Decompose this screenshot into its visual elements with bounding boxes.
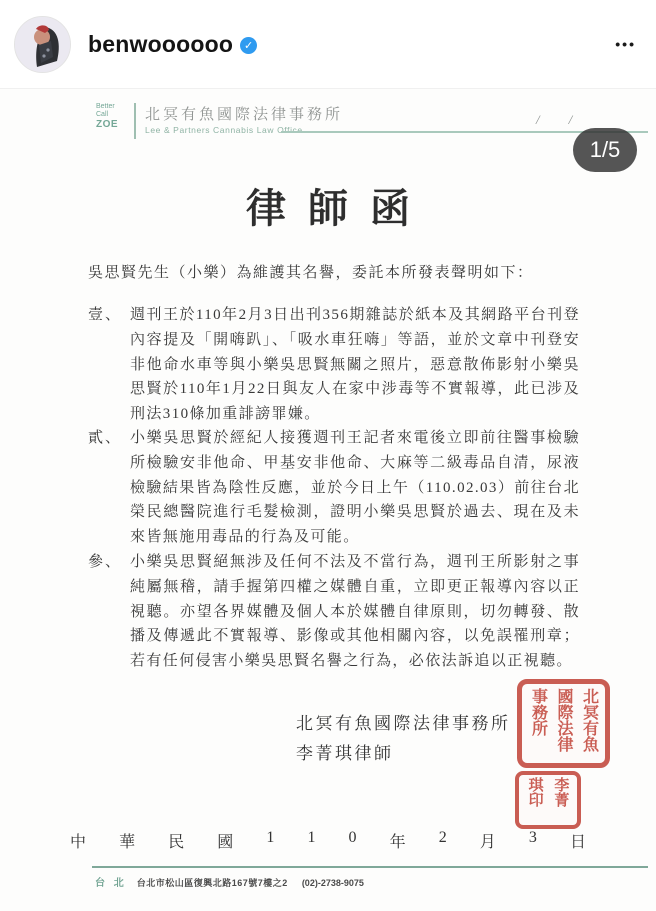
footer-address: 台北市松山區復興北路167號7樓之2	[137, 876, 288, 889]
date-char: 0	[349, 829, 357, 852]
more-options-icon[interactable]: •••	[615, 36, 636, 52]
verified-badge-icon: ✓	[240, 37, 257, 54]
paragraph-3-label: 參、	[88, 550, 130, 674]
avatar[interactable]	[14, 16, 71, 73]
date-char: 月	[480, 829, 496, 852]
avatar-image	[15, 17, 71, 73]
firm-seal-col-2: 國際法律	[552, 688, 575, 759]
logo-call: Call	[96, 111, 132, 119]
paragraph-2-label: 貳、	[88, 426, 130, 550]
firm-seal-col-3: 事務所	[527, 688, 550, 759]
paragraph-1: 壹、 週刊王於110年2月3日出刊356期雜誌於紙本及其網路平台刊登內容提及「開…	[88, 303, 580, 427]
paragraph-3: 參、 小樂吳思賢絕無涉及任何不法及不當行為，週刊王所影射之事純屬無稽，請手握第四…	[88, 550, 580, 674]
footer-divider	[92, 866, 648, 868]
firm-name-zh: 北冥有魚國際法律事務所	[145, 103, 343, 124]
carousel-counter-text: 1/5	[590, 137, 621, 163]
date-char: 民	[168, 829, 184, 852]
firm-seal-stamp: 北冥有魚 國際法律 事務所	[517, 679, 610, 768]
post-photo-carousel[interactable]: Better Call ZOE 北冥有魚國際法律事務所 Lee & Partne…	[0, 89, 656, 911]
firm-name-en: Lee & Partners Cannabis Law Office	[145, 125, 303, 135]
letterhead-divider	[134, 103, 136, 139]
document-date-line: 中 華 民 國 1 1 0 年 2 月 3 日	[70, 829, 586, 852]
username[interactable]: benwoooooo	[88, 31, 233, 58]
date-char: 年	[390, 829, 406, 852]
date-char: 華	[119, 829, 135, 852]
firm-seal-col-1: 北冥有魚	[578, 688, 601, 759]
paragraph-1-text: 週刊王於110年2月3日出刊356期雜誌於紙本及其網路平台刊登內容提及「開嗨趴」…	[130, 303, 580, 427]
date-char: 1	[307, 829, 315, 852]
date-char: 2	[439, 829, 447, 852]
lawyer-seal-col-1: 李菁	[550, 777, 571, 823]
logo-zoe: ZOE	[96, 119, 132, 131]
carousel-counter-badge: 1/5	[573, 128, 637, 172]
date-char: 中	[70, 829, 86, 852]
date-char: 1	[266, 829, 274, 852]
signature-firm: 北冥有魚國際法律事務所	[296, 709, 511, 734]
footer-city: 台 北	[95, 874, 127, 889]
post-header: benwoooooo ✓ •••	[0, 0, 656, 89]
footer: 台 北 台北市松山區復興北路167號7樓之2 (02)-2738-9075	[95, 874, 364, 889]
letterhead-date-slashes: / /	[536, 109, 573, 128]
logo-better: Better	[96, 103, 132, 111]
date-char: 3	[529, 829, 537, 852]
signature-lawyer: 李菁琪律師	[296, 739, 394, 764]
paragraph-1-label: 壹、	[88, 303, 130, 427]
footer-phone: (02)-2738-9075	[302, 878, 364, 888]
instagram-post: benwoooooo ✓ ••• Better Call ZOE 北冥有魚國際法…	[0, 0, 656, 911]
date-char: 日	[570, 829, 586, 852]
document-intro: 吳思賢先生（小樂）為維護其名譽，委託本所發表聲明如下：	[88, 261, 580, 282]
lawyer-seal-stamp: 李菁 琪印	[515, 771, 581, 829]
date-char: 國	[217, 829, 233, 852]
paragraph-2-text: 小樂吳思賢於經紀人接獲週刊王記者來電後立即前往醫事檢驗所檢驗安非他命、甲基安非他…	[130, 426, 580, 550]
lawyer-seal-col-2: 琪印	[525, 777, 546, 823]
document-title: 律師函	[0, 177, 656, 234]
firm-logo: Better Call ZOE	[96, 103, 132, 131]
paragraph-3-text: 小樂吳思賢絕無涉及任何不法及不當行為，週刊王所影射之事純屬無稽，請手握第四權之媒…	[130, 550, 580, 674]
paragraph-2: 貳、 小樂吳思賢於經紀人接獲週刊王記者來電後立即前往醫事檢驗所檢驗安非他命、甲基…	[88, 426, 580, 550]
